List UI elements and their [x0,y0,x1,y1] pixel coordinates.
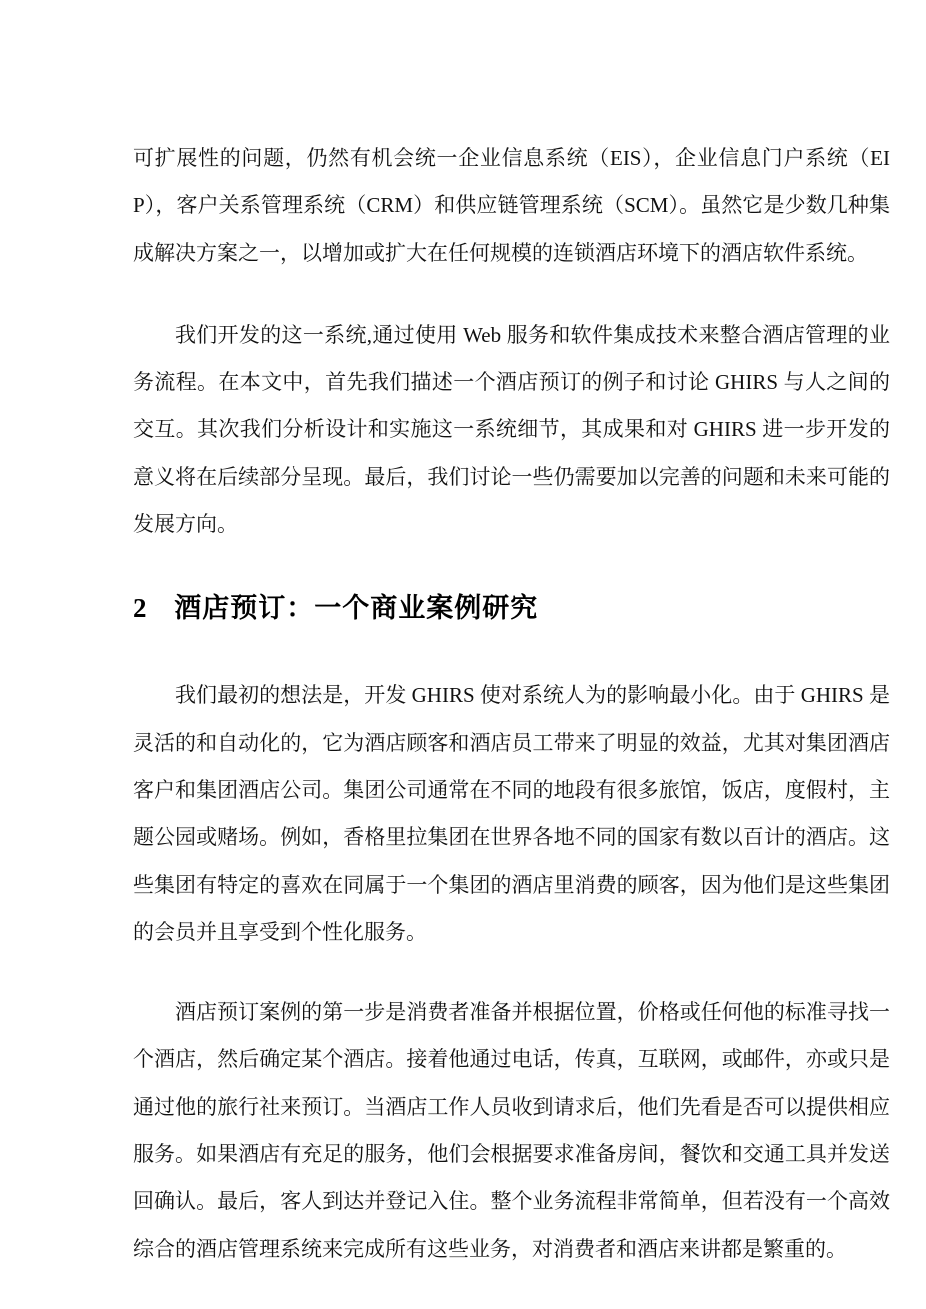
paragraph-scalability-continuation: 可扩展性的问题，仍然有机会统一企业信息系统（EIS），企业信息门户系统（EIP）… [133,135,890,277]
section-heading-title: 酒店预订：一个商业案例研究 [174,593,538,623]
page-body-text: 可扩展性的问题，仍然有机会统一企业信息系统（EIS），企业信息门户系统（EIP）… [133,135,890,1273]
section-heading: 2 酒店预订：一个商业案例研究 [133,588,890,628]
section-heading-number: 2 [133,588,148,628]
paragraph-ghirs-benefits: 我们最初的想法是，开发 GHIRS 使对系统人为的影响最小化。由于 GHIRS … [133,672,890,956]
paragraph-reservation-business-case: 酒店预订案例的第一步是消费者准备并根据位置，价格或任何他的标准寻找一个酒店，然后… [133,989,890,1273]
paragraph-system-overview: 我们开发的这一系统,通过使用 Web 服务和软件集成技术来整合酒店管理的业务流程… [133,312,890,548]
document-page: 可扩展性的问题，仍然有机会统一企业信息系统（EIS），企业信息门户系统（EIP）… [0,0,926,1309]
